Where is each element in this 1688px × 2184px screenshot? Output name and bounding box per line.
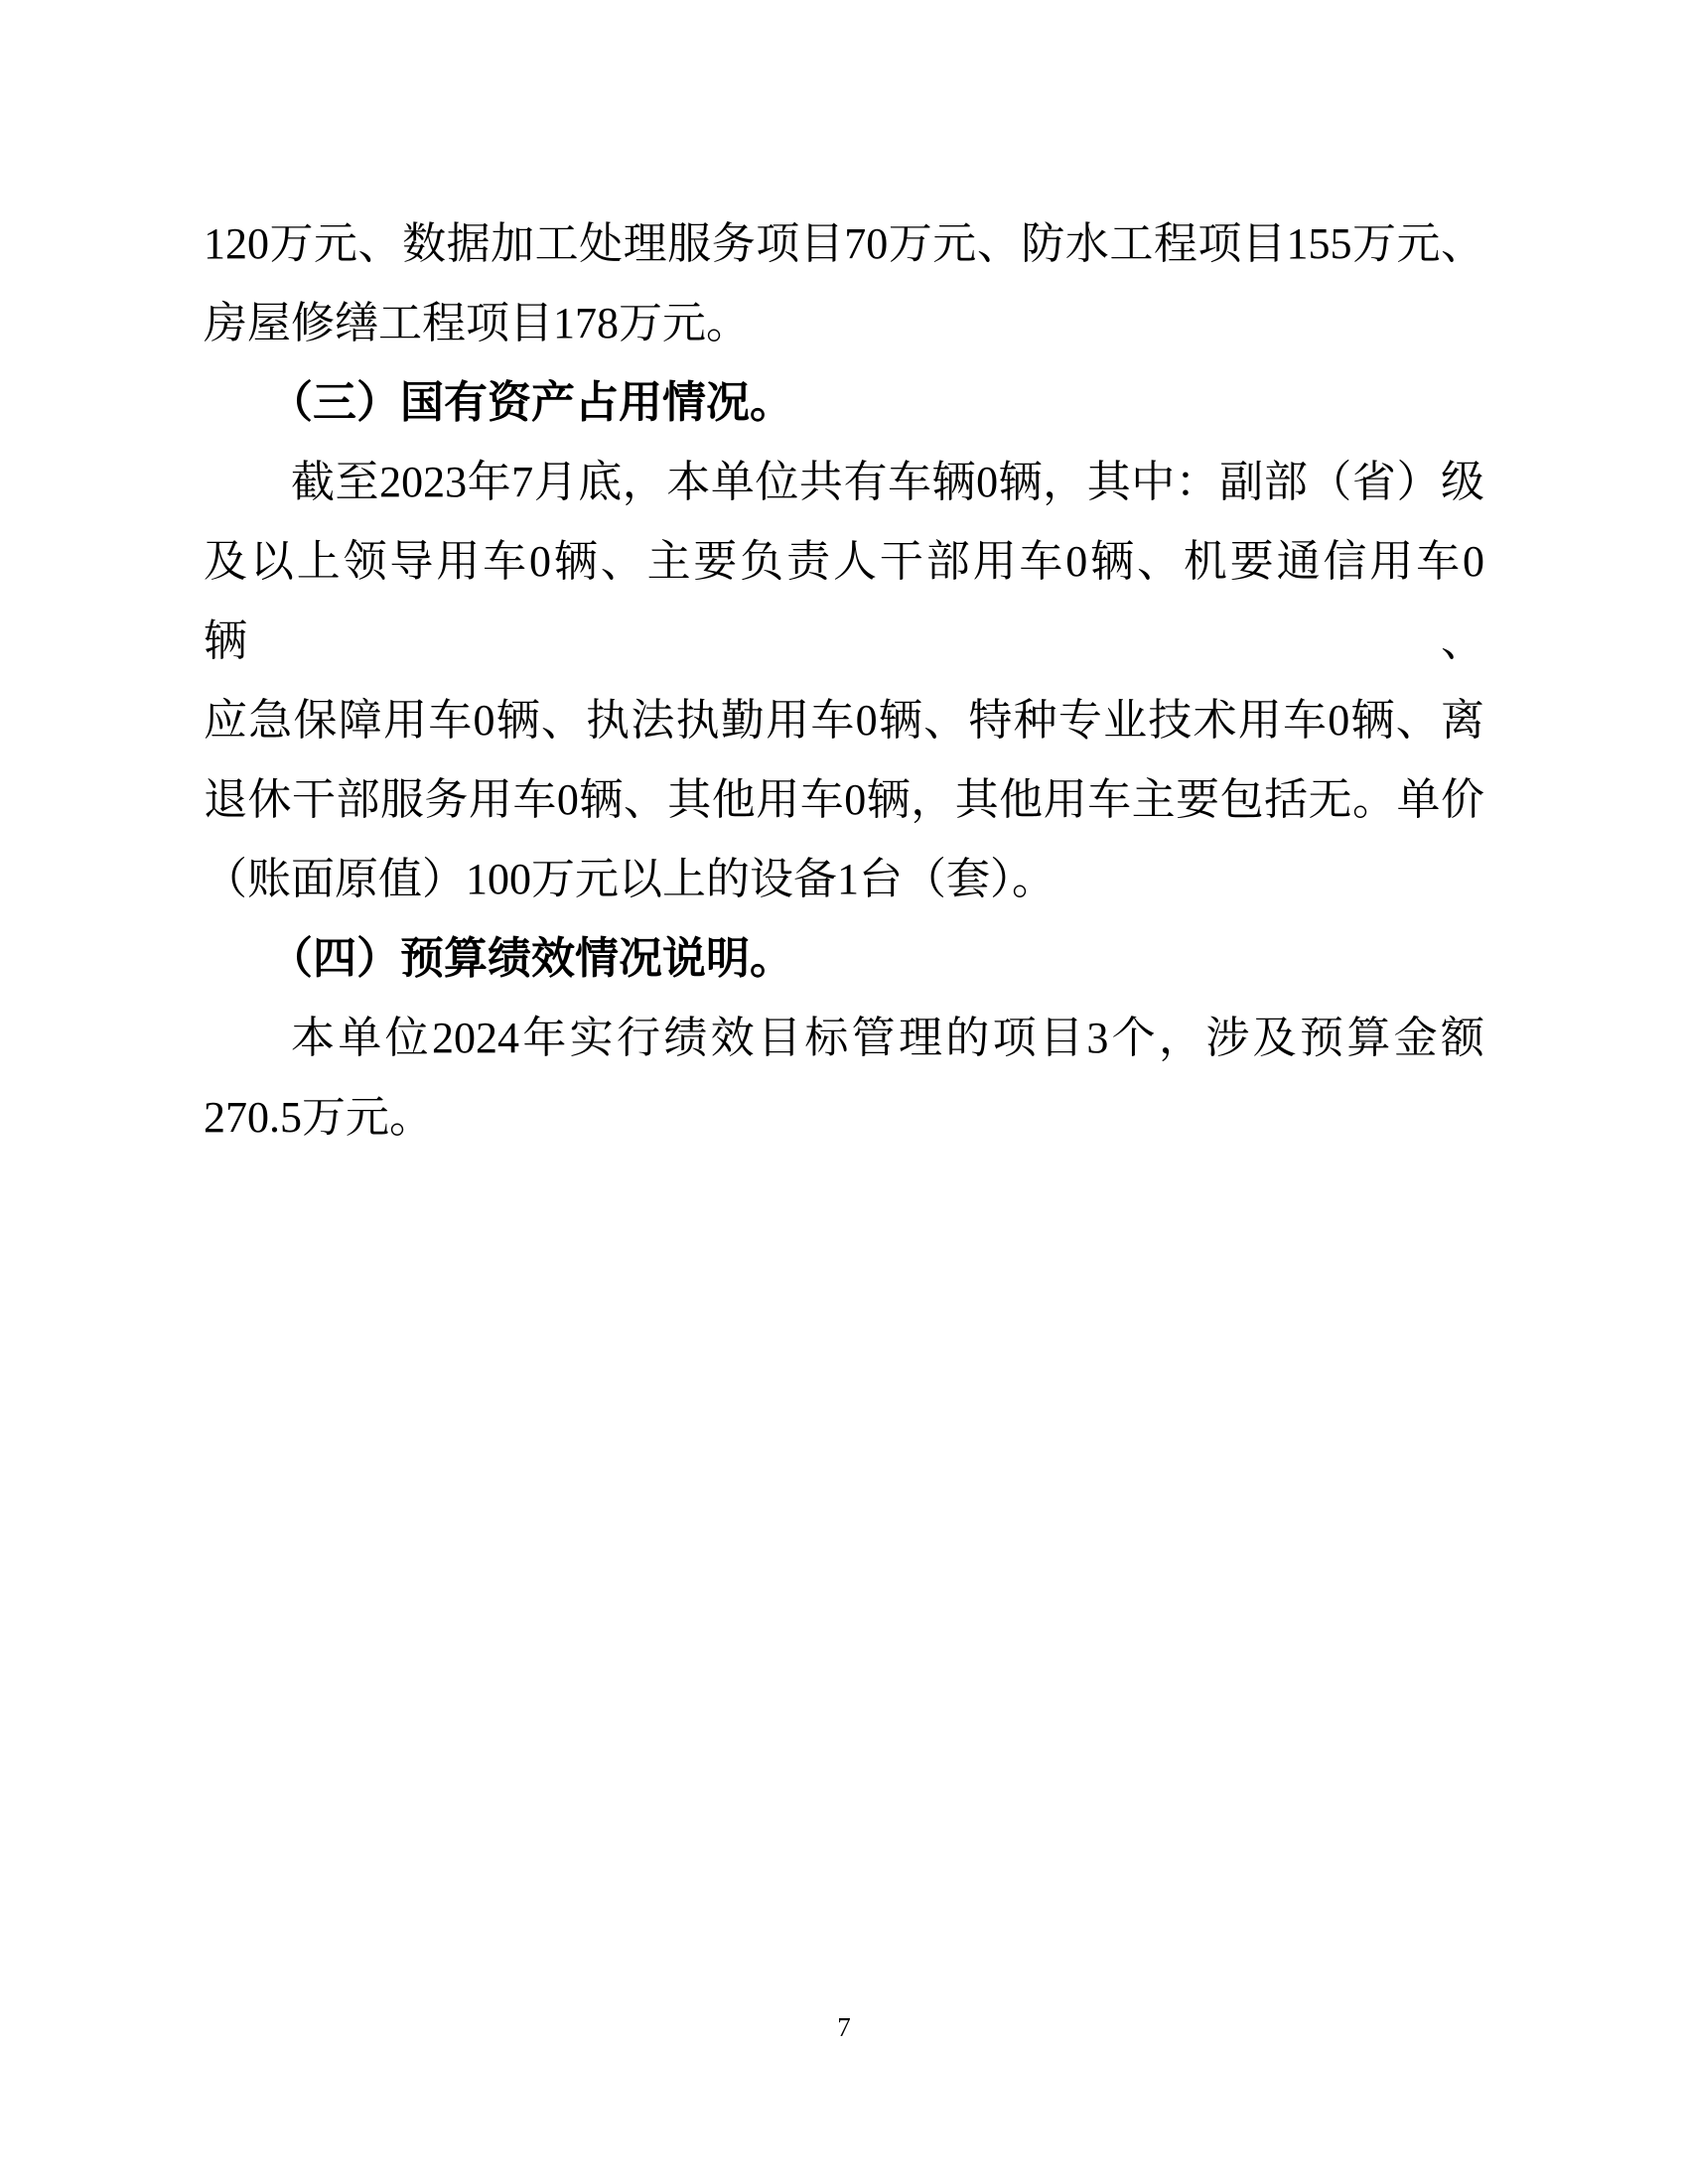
heading-text: （三）国有资产占用情况。 xyxy=(204,363,1484,443)
page-footer: 7 xyxy=(0,2007,1688,2047)
text-line: 本单位2024年实行绩效目标管理的项目3个，涉及预算金额 xyxy=(204,999,1484,1078)
page-number: 7 xyxy=(837,2012,851,2042)
document-body: 120万元、数据加工处理服务项目70万元、防水工程项目155万元、 房屋修缮工程… xyxy=(204,205,1484,1158)
heading-text: （四）预算绩效情况说明。 xyxy=(204,919,1484,999)
text-line: 房屋修缮工程项目178万元。 xyxy=(204,284,1484,363)
paragraph-vehicles: 截至2023年7月底，本单位共有车辆0辆，其中：副部（省）级 及以上领导用车0辆… xyxy=(204,443,1484,919)
heading-state-assets: （三）国有资产占用情况。 xyxy=(204,363,1484,443)
heading-budget-performance: （四）预算绩效情况说明。 xyxy=(204,919,1484,999)
text-line: 退休干部服务用车0辆、其他用车0辆，其他用车主要包括无。单价 xyxy=(204,760,1484,840)
text-line: 应急保障用车0辆、执法执勤用车0辆、特种专业技术用车0辆、离 xyxy=(204,681,1484,760)
text-line: （账面原值）100万元以上的设备1台（套）。 xyxy=(204,840,1484,919)
text-line: 截至2023年7月底，本单位共有车辆0辆，其中：副部（省）级 xyxy=(204,443,1484,522)
document-page: 120万元、数据加工处理服务项目70万元、防水工程项目155万元、 房屋修缮工程… xyxy=(0,0,1688,2184)
text-line: 及以上领导用车0辆、主要负责人干部用车0辆、机要通信用车0辆、 xyxy=(204,522,1484,681)
text-line: 270.5万元。 xyxy=(204,1078,1484,1158)
paragraph-project-amounts: 120万元、数据加工处理服务项目70万元、防水工程项目155万元、 房屋修缮工程… xyxy=(204,205,1484,363)
text-line: 120万元、数据加工处理服务项目70万元、防水工程项目155万元、 xyxy=(204,205,1484,284)
paragraph-performance: 本单位2024年实行绩效目标管理的项目3个，涉及预算金额 270.5万元。 xyxy=(204,999,1484,1158)
